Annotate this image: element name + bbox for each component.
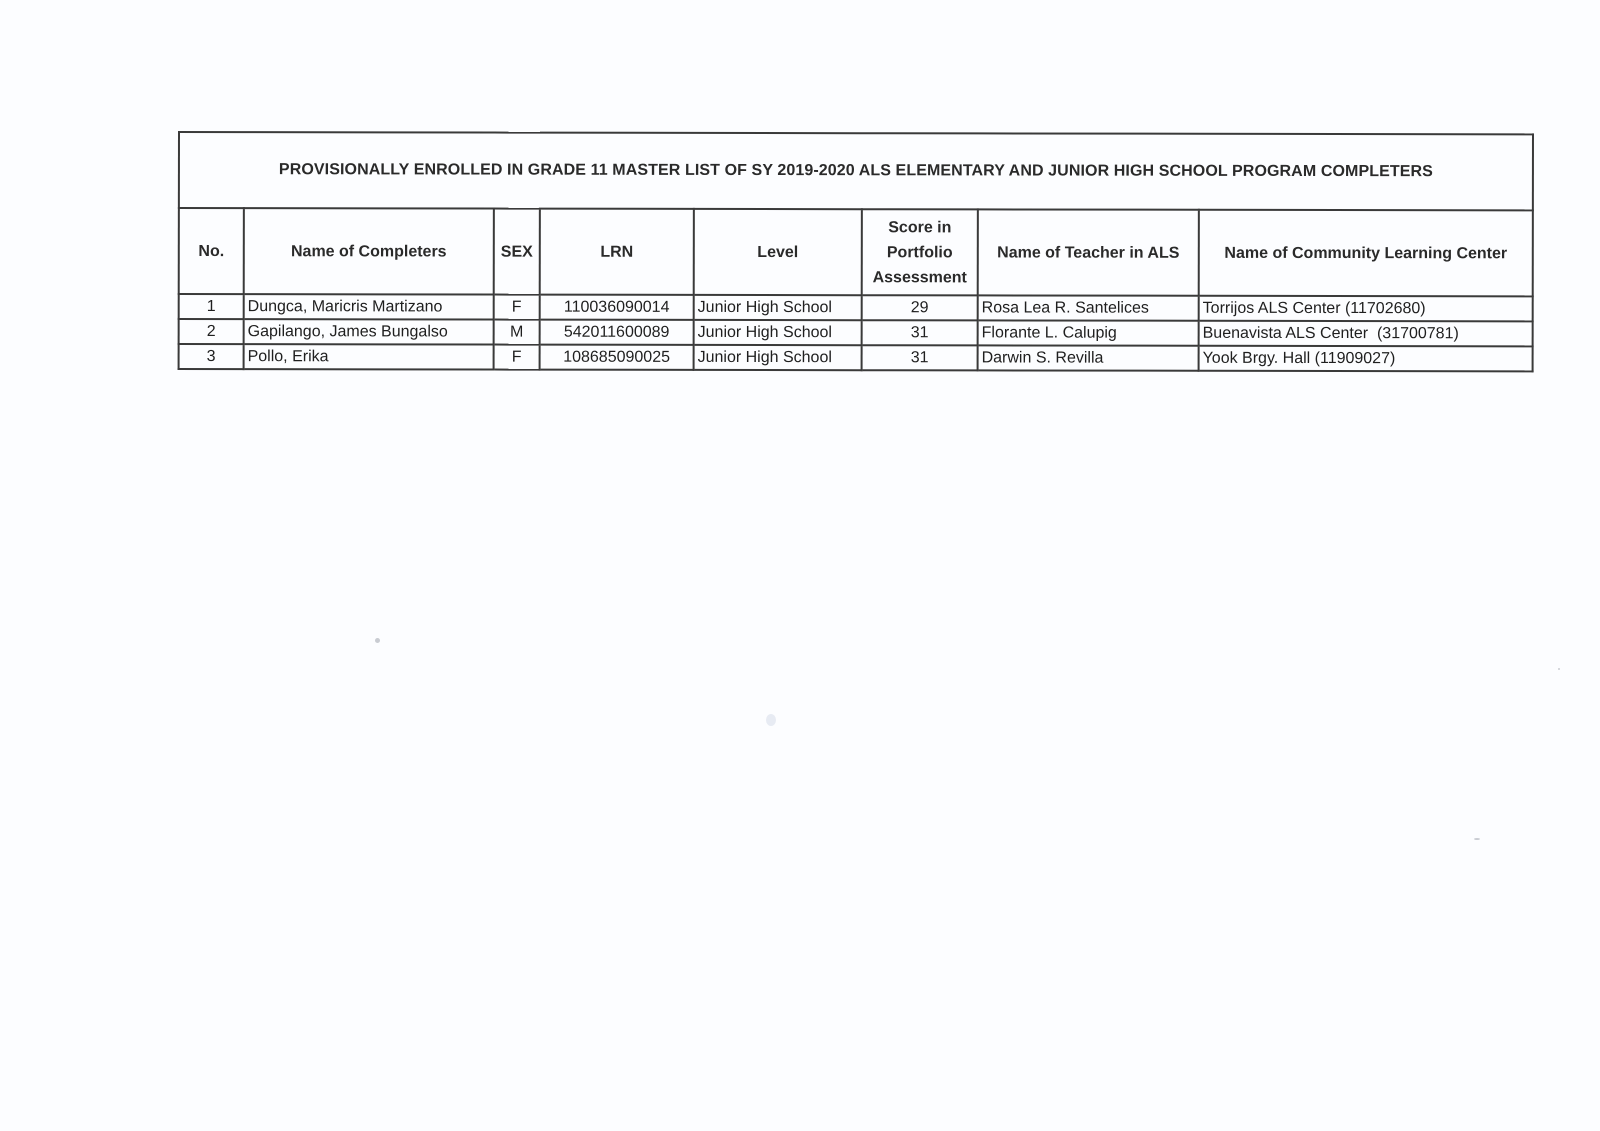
scan-speck — [1558, 668, 1560, 670]
column-header-no: No. — [179, 208, 244, 294]
table-row: 2 Gapilango, James Bungalso M 5420116000… — [179, 319, 1533, 346]
cell-lrn: 108685090025 — [540, 345, 694, 370]
cell-lrn: 110036090014 — [540, 295, 694, 320]
cell-teacher: Florante L. Calupig — [978, 320, 1199, 345]
cell-score: 31 — [862, 345, 978, 370]
title-row: PROVISIONALLY ENROLLED IN GRADE 11 MASTE… — [179, 132, 1533, 210]
cell-teacher: Darwin S. Revilla — [978, 345, 1199, 370]
cell-name: Gapilango, James Bungalso — [244, 319, 494, 344]
cell-no: 3 — [179, 344, 244, 369]
cell-level: Junior High School — [694, 320, 862, 345]
column-header-clc: Name of Community Learning Center — [1199, 210, 1533, 297]
cell-level: Junior High School — [694, 345, 862, 370]
column-header-teacher: Name of Teacher in ALS — [978, 209, 1199, 295]
column-header-lrn: LRN — [540, 209, 694, 295]
cell-clc: Buenavista ALS Center (31700781) — [1199, 321, 1533, 347]
cell-clc: Torrijos ALS Center (11702680) — [1199, 296, 1533, 322]
header-row: No. Name of Completers SEX LRN Level Sco… — [179, 208, 1533, 296]
document-title: PROVISIONALLY ENROLLED IN GRADE 11 MASTE… — [179, 132, 1533, 210]
cell-level: Junior High School — [694, 295, 862, 320]
scan-speck — [375, 638, 380, 643]
scan-speck — [1474, 838, 1480, 840]
cell-lrn: 542011600089 — [540, 320, 694, 345]
column-header-sex: SEX — [494, 209, 540, 295]
column-header-name: Name of Completers — [244, 208, 494, 294]
column-header-score: Score in Portfolio Assessment — [862, 209, 978, 295]
table-row: 1 Dungca, Maricris Martizano F 110036090… — [179, 294, 1533, 321]
cell-clc: Yook Brgy. Hall (11909027) — [1199, 346, 1533, 372]
cell-sex: F — [494, 345, 540, 370]
cell-score: 29 — [862, 295, 978, 320]
master-list-table: PROVISIONALLY ENROLLED IN GRADE 11 MASTE… — [178, 131, 1534, 372]
table-row: 3 Pollo, Erika F 108685090025 Junior Hig… — [179, 344, 1533, 371]
cell-score: 31 — [862, 320, 978, 345]
column-header-level: Level — [694, 209, 862, 295]
scanned-page: PROVISIONALLY ENROLLED IN GRADE 11 MASTE… — [0, 0, 1600, 1131]
cell-name: Dungca, Maricris Martizano — [244, 294, 494, 319]
scan-speck — [766, 714, 776, 726]
cell-no: 1 — [179, 294, 244, 319]
cell-no: 2 — [179, 319, 244, 344]
cell-teacher: Rosa Lea R. Santelices — [978, 295, 1199, 320]
cell-name: Pollo, Erika — [244, 344, 494, 369]
cell-sex: F — [494, 295, 540, 320]
cell-sex: M — [494, 320, 540, 345]
